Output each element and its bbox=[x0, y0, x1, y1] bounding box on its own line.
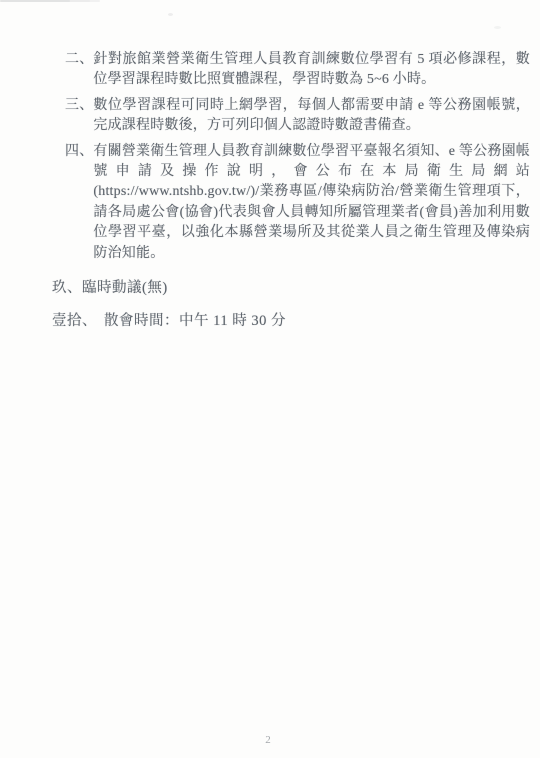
item-number: 三、 bbox=[65, 96, 93, 137]
section-number: 壹拾、 bbox=[52, 313, 97, 329]
meeting-minutes-content: 二、 針對旅館業營業衛生管理人員教育訓練數位學習有 5 項必修課程，數位學習課程… bbox=[0, 0, 540, 331]
section-number: 玖、 bbox=[52, 280, 82, 296]
section-adjournment-time: 壹拾、散會時間：中午 11 時 30 分 bbox=[52, 311, 540, 331]
document-page: 二、 針對旅館業營業衛生管理人員教育訓練數位學習有 5 項必修課程，數位學習課程… bbox=[0, 0, 540, 758]
section-adhoc-motions: 玖、臨時動議(無) bbox=[52, 278, 540, 298]
numbered-item-3: 三、 數位學習課程可同時上網學習，每個人都需要申請 e 等公務園帳號，完成課程時… bbox=[65, 96, 530, 137]
item-text: 針對旅館業營業衛生管理人員教育訓練數位學習有 5 項必修課程，數位學習課程時數比… bbox=[93, 50, 530, 91]
page-number: 2 bbox=[0, 734, 536, 746]
numbered-item-4: 四、 有關營業衛生管理人員教育訓練數位學習平臺報名須知、e 等公務園帳號申請及操… bbox=[65, 142, 530, 264]
item-text: 數位學習課程可同時上網學習，每個人都需要申請 e 等公務園帳號，完成課程時數後，… bbox=[93, 96, 530, 137]
item-number: 四、 bbox=[65, 142, 93, 264]
item-text: 有關營業衛生管理人員教育訓練數位學習平臺報名須知、e 等公務園帳號申請及操作說明… bbox=[93, 142, 530, 264]
section-text: 散會時間：中午 11 時 30 分 bbox=[104, 313, 286, 329]
closing-sections: 玖、臨時動議(無) 壹拾、散會時間：中午 11 時 30 分 bbox=[0, 278, 540, 331]
section-text: 臨時動議(無) bbox=[82, 280, 168, 296]
numbered-item-2: 二、 針對旅館業營業衛生管理人員教育訓練數位學習有 5 項必修課程，數位學習課程… bbox=[65, 50, 530, 91]
item-number: 二、 bbox=[65, 50, 93, 91]
